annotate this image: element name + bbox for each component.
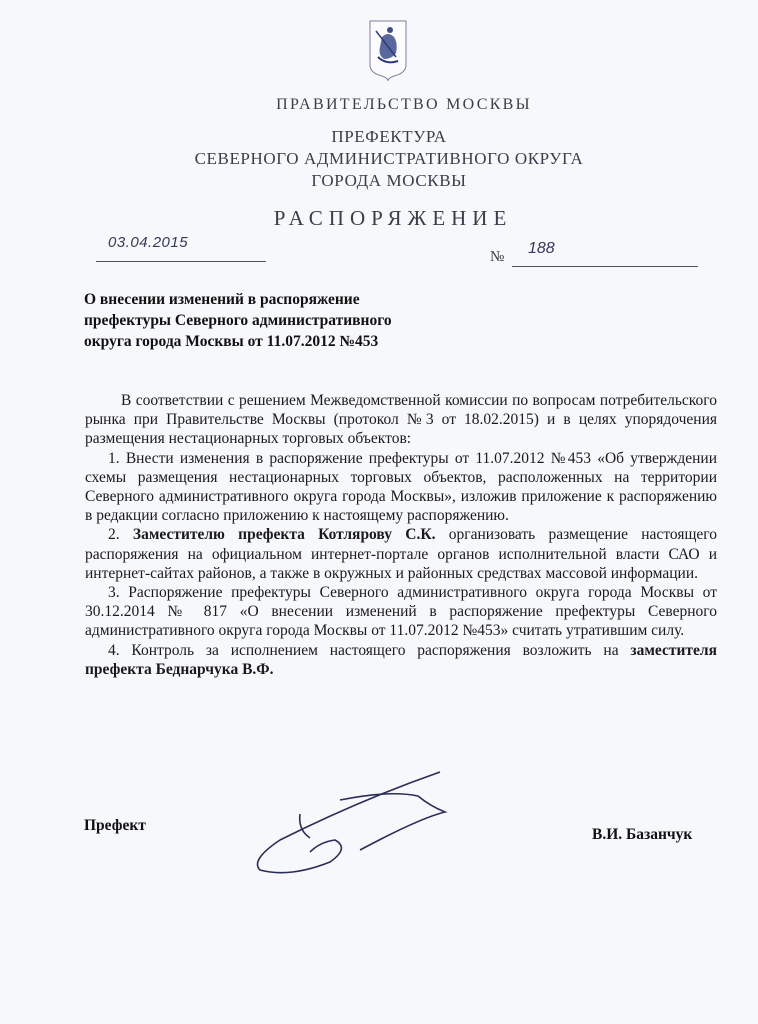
subject-line-1: О внесении изменений в распоряжение [84,289,464,310]
item-4-text: 4. Контроль за исполнением настоящего ра… [108,642,630,659]
signatory-title: Префект [84,817,146,835]
item-2-number: 2. [108,526,133,543]
signatory-name: В.И. Базанчук [592,826,692,844]
number-label: № [490,249,504,266]
item-2-assignee: Заместителю префекта Котлярову С.К. [133,526,436,543]
prefecture-line-3: ГОРОДА МОСКВЫ [10,170,758,192]
prefecture-line-2: СЕВЕРНОГО АДМИНИСТРАТИВНОГО ОКРУГА [10,148,758,170]
item-4-paragraph: 4. Контроль за исполнением настоящего ра… [85,641,717,679]
document-number: 188 [528,240,555,258]
item-3-paragraph: 3. Распоряжение префектуры Северного адм… [85,583,717,641]
handwritten-signature [240,770,540,880]
subject-line-2: префектуры Северного административного [84,310,464,331]
item-1-paragraph: 1. Внести изменения в распоряжение префе… [85,449,717,526]
preamble-paragraph: В соответствии с решением Межведомственн… [85,391,717,449]
document-page: ПРАВИТЕЛЬСТВО МОСКВЫ ПРЕФЕКТУРА СЕВЕРНОГ… [0,0,758,1024]
number-underline [512,266,698,267]
document-subject: О внесении изменений в распоряжение преф… [84,289,464,352]
prefecture-heading: ПРЕФЕКТУРА СЕВЕРНОГО АДМИНИСТРАТИВНОГО О… [10,126,758,192]
subject-line-3: округа города Москвы от 11.07.2012 №453 [84,331,464,352]
item-2-paragraph: 2. Заместителю префекта Котлярову С.К. о… [85,525,717,583]
prefecture-line-1: ПРЕФЕКТУРА [10,126,758,148]
government-heading: ПРАВИТЕЛЬСТВО МОСКВЫ [25,96,758,114]
document-date: 03.04.2015 [108,234,188,251]
document-body: В соответствии с решением Межведомственн… [85,391,717,679]
document-type-title: РАСПОРЯЖЕНИЕ [14,206,758,231]
date-underline [96,261,266,262]
moscow-coat-of-arms-icon [366,13,410,85]
